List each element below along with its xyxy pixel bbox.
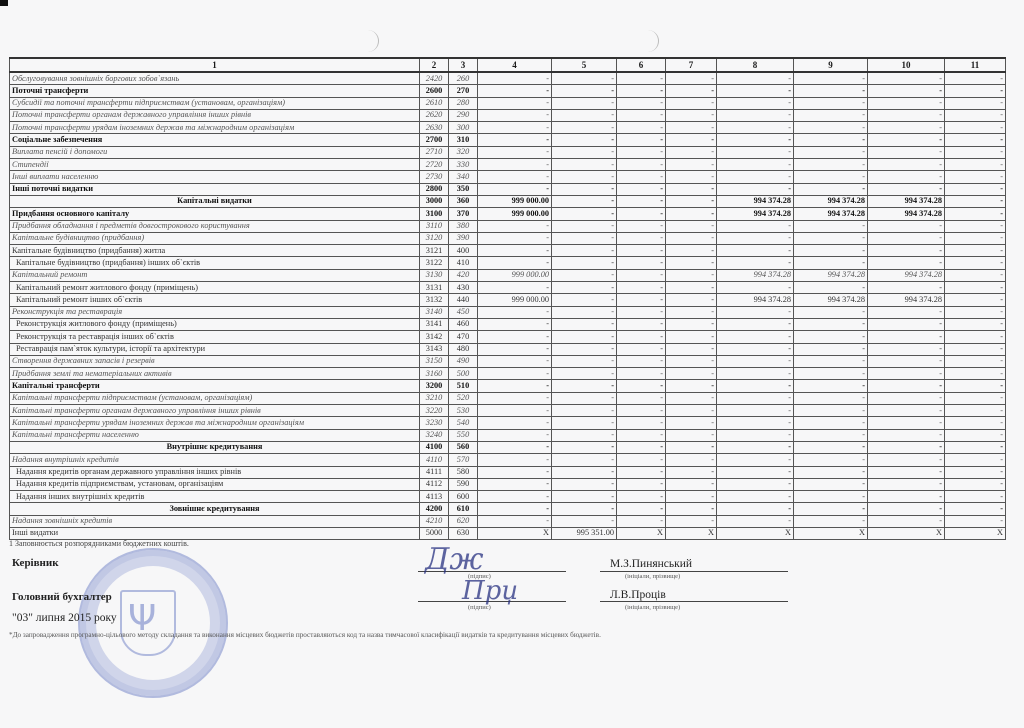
value-cell-col-8: - <box>717 392 794 404</box>
table-row: Субсидії та поточні трансферти підприємс… <box>10 97 1006 109</box>
value-cell-col-8: - <box>717 282 794 294</box>
line-code: 260 <box>449 72 478 85</box>
value-cell-col-6: - <box>617 355 666 367</box>
line-code: 490 <box>449 355 478 367</box>
value-cell-col-11: X <box>945 527 1006 539</box>
line-code: 470 <box>449 331 478 343</box>
value-cell-col-8: - <box>717 380 794 392</box>
value-cell-col-7: - <box>666 109 717 121</box>
table-row: Зовнішнє кредитування4200610-------- <box>10 503 1006 515</box>
value-cell-col-8: - <box>717 331 794 343</box>
value-cell-col-9: - <box>794 72 868 85</box>
kekv-code: 2730 <box>420 171 449 183</box>
line-code: 450 <box>449 306 478 318</box>
value-cell-col-11: - <box>945 257 1006 269</box>
value-cell-col-11: - <box>945 282 1006 294</box>
footnote: 1 Заповнюється розпорядниками бюджетних … <box>9 539 189 548</box>
value-cell-col-4: - <box>478 171 552 183</box>
row-label: Інші виплати населенню <box>10 171 420 183</box>
value-cell-col-10: - <box>868 171 945 183</box>
value-cell-col-5: - <box>552 294 617 306</box>
value-cell-col-9: 994 374.28 <box>794 294 868 306</box>
table-row: Стипендії2720330-------- <box>10 159 1006 171</box>
table-row: Внутрішнє кредитування4100560-------- <box>10 441 1006 453</box>
table-row: Поточні трансферти урядам іноземних держ… <box>10 122 1006 134</box>
value-cell-col-11: - <box>945 97 1006 109</box>
report-date: "03" липня 2015 року <box>12 612 117 624</box>
value-cell-col-10: 994 374.28 <box>868 195 945 207</box>
kekv-code: 4112 <box>420 478 449 490</box>
column-header-11: 11 <box>945 58 1006 72</box>
table-row: Капітальні трансферти підприємствам (уст… <box>10 392 1006 404</box>
value-cell-col-8: - <box>717 220 794 232</box>
value-cell-col-6: - <box>617 208 666 220</box>
value-cell-col-10: - <box>868 429 945 441</box>
value-cell-col-11: - <box>945 466 1006 478</box>
kekv-code: 2720 <box>420 159 449 171</box>
kekv-code: 3132 <box>420 294 449 306</box>
value-cell-col-5: - <box>552 183 617 195</box>
value-cell-col-11: - <box>945 454 1006 466</box>
line-code: 510 <box>449 380 478 392</box>
value-cell-col-8: - <box>717 257 794 269</box>
value-cell-col-7: - <box>666 85 717 97</box>
value-cell-col-5: - <box>552 171 617 183</box>
value-cell-col-6: - <box>617 503 666 515</box>
value-cell-col-4: - <box>478 491 552 503</box>
value-cell-col-8: 994 374.28 <box>717 269 794 281</box>
row-label: Придбання землі та нематеріальних активі… <box>10 368 420 380</box>
value-cell-col-5: - <box>552 220 617 232</box>
value-cell-col-6: - <box>617 392 666 404</box>
kekv-code: 3000 <box>420 195 449 207</box>
value-cell-col-4: - <box>478 343 552 355</box>
row-label: Придбання обладнання і предметів довгост… <box>10 220 420 232</box>
value-cell-col-7: - <box>666 171 717 183</box>
value-cell-col-7: - <box>666 380 717 392</box>
column-header-5: 5 <box>552 58 617 72</box>
value-cell-col-6: - <box>617 122 666 134</box>
value-cell-col-9: - <box>794 343 868 355</box>
value-cell-col-10: - <box>868 417 945 429</box>
value-cell-col-11: - <box>945 368 1006 380</box>
table-row: Реставрація пам`яток культури, історії т… <box>10 343 1006 355</box>
value-cell-col-7: - <box>666 208 717 220</box>
value-cell-col-4: - <box>478 159 552 171</box>
row-label: Капітальні трансферти <box>10 380 420 392</box>
value-cell-col-7: - <box>666 392 717 404</box>
value-cell-col-5: - <box>552 85 617 97</box>
value-cell-col-8: - <box>717 109 794 121</box>
kekv-code: 3230 <box>420 417 449 429</box>
value-cell-col-4: - <box>478 245 552 257</box>
value-cell-col-11: - <box>945 294 1006 306</box>
value-cell-col-7: - <box>666 72 717 85</box>
value-cell-col-6: - <box>617 269 666 281</box>
value-cell-col-8: - <box>717 245 794 257</box>
row-label: Інші видатки <box>10 527 420 539</box>
value-cell-col-9: - <box>794 454 868 466</box>
value-cell-col-7: - <box>666 134 717 146</box>
kekv-code: 4210 <box>420 515 449 527</box>
value-cell-col-5: - <box>552 331 617 343</box>
value-cell-col-6: - <box>617 134 666 146</box>
value-cell-col-5: - <box>552 245 617 257</box>
value-cell-col-6: - <box>617 232 666 244</box>
column-header-1: 1 <box>10 58 420 72</box>
value-cell-col-4: - <box>478 392 552 404</box>
value-cell-col-11: - <box>945 441 1006 453</box>
value-cell-col-4: X <box>478 527 552 539</box>
value-cell-col-7: - <box>666 478 717 490</box>
value-cell-col-9: - <box>794 405 868 417</box>
row-label: Соціальне забезпечення <box>10 134 420 146</box>
line-code: 570 <box>449 454 478 466</box>
value-cell-col-9: - <box>794 318 868 330</box>
line-code: 460 <box>449 318 478 330</box>
value-cell-col-11: - <box>945 134 1006 146</box>
value-cell-col-4: - <box>478 405 552 417</box>
value-cell-col-6: - <box>617 97 666 109</box>
row-label: Капітальні трансферти підприємствам (уст… <box>10 392 420 404</box>
value-cell-col-8: 994 374.28 <box>717 195 794 207</box>
row-label: Створення державних запасів і резервів <box>10 355 420 367</box>
kekv-code: 3210 <box>420 392 449 404</box>
value-cell-col-6: - <box>617 515 666 527</box>
line-code: 340 <box>449 171 478 183</box>
value-cell-col-11: - <box>945 72 1006 85</box>
value-cell-col-4: - <box>478 318 552 330</box>
table-row: Інші поточні видатки2800350-------- <box>10 183 1006 195</box>
value-cell-col-10: - <box>868 343 945 355</box>
value-cell-col-6: - <box>617 72 666 85</box>
value-cell-col-11: - <box>945 171 1006 183</box>
row-label: Капітальний ремонт <box>10 269 420 281</box>
value-cell-col-4: 999 000.00 <box>478 269 552 281</box>
value-cell-col-6: - <box>617 405 666 417</box>
kekv-code: 2610 <box>420 97 449 109</box>
column-header-4: 4 <box>478 58 552 72</box>
value-cell-col-8: - <box>717 454 794 466</box>
row-label: Реконструкція та реставрація інших об`єк… <box>10 331 420 343</box>
line-code: 480 <box>449 343 478 355</box>
accountant-name: Л.В.Проців <box>610 589 666 601</box>
table-row: Придбання обладнання і предметів довгост… <box>10 220 1006 232</box>
value-cell-col-6: - <box>617 380 666 392</box>
value-cell-col-5: - <box>552 122 617 134</box>
line-code: 420 <box>449 269 478 281</box>
value-cell-col-6: - <box>617 306 666 318</box>
value-cell-col-6: - <box>617 491 666 503</box>
table-row: Капітальні трансферти органам державного… <box>10 405 1006 417</box>
value-cell-col-9: - <box>794 146 868 158</box>
value-cell-col-7: - <box>666 515 717 527</box>
head-label: Керівник <box>12 557 59 569</box>
value-cell-col-6: - <box>617 478 666 490</box>
value-cell-col-9: - <box>794 417 868 429</box>
value-cell-col-6: - <box>617 417 666 429</box>
table-row: Капітальний ремонт інших об`єктів3132440… <box>10 294 1006 306</box>
value-cell-col-7: - <box>666 454 717 466</box>
line-code: 540 <box>449 417 478 429</box>
value-cell-col-4: - <box>478 515 552 527</box>
kekv-code: 3220 <box>420 405 449 417</box>
value-cell-col-9: - <box>794 515 868 527</box>
value-cell-col-7: - <box>666 195 717 207</box>
value-cell-col-7: - <box>666 232 717 244</box>
row-label: Поточні трансферти урядам іноземних держ… <box>10 122 420 134</box>
value-cell-col-8: - <box>717 478 794 490</box>
row-label: Капітальний ремонт інших об`єктів <box>10 294 420 306</box>
value-cell-col-5: - <box>552 306 617 318</box>
line-code: 270 <box>449 85 478 97</box>
table-row: Виплата пенсій і допомоги2710320-------- <box>10 146 1006 158</box>
value-cell-col-5: - <box>552 368 617 380</box>
value-cell-col-9: 994 374.28 <box>794 195 868 207</box>
value-cell-col-9: - <box>794 466 868 478</box>
value-cell-col-4: - <box>478 441 552 453</box>
value-cell-col-7: - <box>666 183 717 195</box>
value-cell-col-10: - <box>868 503 945 515</box>
value-cell-col-9: 994 374.28 <box>794 269 868 281</box>
value-cell-col-9: - <box>794 171 868 183</box>
value-cell-col-10: 994 374.28 <box>868 208 945 220</box>
row-label: Капітальні трансферти населенню <box>10 429 420 441</box>
value-cell-col-7: - <box>666 405 717 417</box>
row-label: Поточні трансферти <box>10 85 420 97</box>
kekv-code: 3130 <box>420 269 449 281</box>
column-header-9: 9 <box>794 58 868 72</box>
value-cell-col-8: - <box>717 503 794 515</box>
kekv-code: 2710 <box>420 146 449 158</box>
head-name-line <box>600 571 788 572</box>
value-cell-col-11: - <box>945 478 1006 490</box>
line-code: 580 <box>449 466 478 478</box>
value-cell-col-8: X <box>717 527 794 539</box>
row-label: Інші поточні видатки <box>10 183 420 195</box>
kekv-code: 3131 <box>420 282 449 294</box>
value-cell-col-10: - <box>868 122 945 134</box>
value-cell-col-11: - <box>945 355 1006 367</box>
value-cell-col-4: - <box>478 122 552 134</box>
value-cell-col-6: - <box>617 343 666 355</box>
table-row: Надання кредитів органам державного упра… <box>10 466 1006 478</box>
value-cell-col-9: - <box>794 441 868 453</box>
value-cell-col-7: - <box>666 417 717 429</box>
accountant-label: Головний бухгалтер <box>12 591 112 603</box>
kekv-code: 3142 <box>420 331 449 343</box>
kekv-code: 4110 <box>420 454 449 466</box>
value-cell-col-9: - <box>794 282 868 294</box>
value-cell-col-9: - <box>794 122 868 134</box>
kekv-code: 2620 <box>420 109 449 121</box>
line-code: 310 <box>449 134 478 146</box>
line-code: 530 <box>449 405 478 417</box>
value-cell-col-11: - <box>945 269 1006 281</box>
value-cell-col-4: - <box>478 282 552 294</box>
value-cell-col-7: - <box>666 368 717 380</box>
value-cell-col-10: - <box>868 85 945 97</box>
value-cell-col-4: - <box>478 454 552 466</box>
value-cell-col-6: - <box>617 294 666 306</box>
punch-hole-mark <box>368 30 379 52</box>
value-cell-col-7: - <box>666 318 717 330</box>
value-cell-col-9: - <box>794 306 868 318</box>
value-cell-col-9: - <box>794 109 868 121</box>
value-cell-col-4: - <box>478 331 552 343</box>
line-code: 440 <box>449 294 478 306</box>
table-row: Інші виплати населенню2730340-------- <box>10 171 1006 183</box>
value-cell-col-9: - <box>794 159 868 171</box>
accountant-name-hint: (ініціали, прізвище) <box>625 604 680 611</box>
value-cell-col-10: - <box>868 72 945 85</box>
table-row: Створення державних запасів і резервів31… <box>10 355 1006 367</box>
value-cell-col-6: - <box>617 220 666 232</box>
value-cell-col-7: - <box>666 503 717 515</box>
value-cell-col-6: - <box>617 331 666 343</box>
table-row: Реконструкція житлового фонду (приміщень… <box>10 318 1006 330</box>
value-cell-col-4: - <box>478 72 552 85</box>
value-cell-col-10: - <box>868 159 945 171</box>
table-row: Поточні трансферти2600270-------- <box>10 85 1006 97</box>
column-header-7: 7 <box>666 58 717 72</box>
value-cell-col-10: - <box>868 318 945 330</box>
value-cell-col-5: - <box>552 109 617 121</box>
kekv-code: 3122 <box>420 257 449 269</box>
value-cell-col-7: - <box>666 97 717 109</box>
value-cell-col-10: - <box>868 282 945 294</box>
value-cell-col-5: - <box>552 355 617 367</box>
table-row: Капітальне будівництво (придбання)312039… <box>10 232 1006 244</box>
value-cell-col-6: - <box>617 282 666 294</box>
value-cell-col-8: - <box>717 146 794 158</box>
table-row: Надання внутрішніх кредитів4110570------… <box>10 454 1006 466</box>
value-cell-col-11: - <box>945 331 1006 343</box>
value-cell-col-8: - <box>717 183 794 195</box>
value-cell-col-9: X <box>794 527 868 539</box>
table-row: Надання зовнішніх кредитів4210620-------… <box>10 515 1006 527</box>
row-label: Надання інших внутрішніх кредитів <box>10 491 420 503</box>
value-cell-col-4: - <box>478 257 552 269</box>
value-cell-col-9: - <box>794 355 868 367</box>
value-cell-col-4: - <box>478 355 552 367</box>
row-label: Капітальні видатки <box>10 195 420 207</box>
kekv-code: 4200 <box>420 503 449 515</box>
value-cell-col-4: - <box>478 146 552 158</box>
value-cell-col-10: - <box>868 257 945 269</box>
value-cell-col-4: - <box>478 109 552 121</box>
line-code: 370 <box>449 208 478 220</box>
value-cell-col-5: - <box>552 97 617 109</box>
value-cell-col-5: - <box>552 515 617 527</box>
value-cell-col-6: - <box>617 454 666 466</box>
table-row: Капітальне будівництво (придбання) житла… <box>10 245 1006 257</box>
value-cell-col-9: - <box>794 392 868 404</box>
kekv-code: 2700 <box>420 134 449 146</box>
value-cell-col-10: - <box>868 491 945 503</box>
value-cell-col-5: - <box>552 491 617 503</box>
row-label: Реконструкція та реставрація <box>10 306 420 318</box>
line-code: 400 <box>449 245 478 257</box>
value-cell-col-10: - <box>868 515 945 527</box>
row-label: Капітальне будівництво (придбання) <box>10 232 420 244</box>
value-cell-col-10: - <box>868 245 945 257</box>
line-code: 410 <box>449 257 478 269</box>
line-code: 380 <box>449 220 478 232</box>
line-code: 330 <box>449 159 478 171</box>
value-cell-col-7: - <box>666 441 717 453</box>
value-cell-col-6: - <box>617 85 666 97</box>
row-label: Стипендії <box>10 159 420 171</box>
value-cell-col-10: - <box>868 109 945 121</box>
table-row: Обслуговування зовнішніх боргових зобов`… <box>10 72 1006 85</box>
value-cell-col-7: - <box>666 294 717 306</box>
value-cell-col-5: - <box>552 478 617 490</box>
value-cell-col-11: - <box>945 318 1006 330</box>
value-cell-col-11: - <box>945 208 1006 220</box>
value-cell-col-4: - <box>478 306 552 318</box>
row-label: Надання кредитів підприємствам, установа… <box>10 478 420 490</box>
value-cell-col-9: - <box>794 220 868 232</box>
table-row: Капітальні трансферти урядам іноземних д… <box>10 417 1006 429</box>
value-cell-col-11: - <box>945 491 1006 503</box>
value-cell-col-9: - <box>794 97 868 109</box>
table-row: Капітальні трансферти3200510-------- <box>10 380 1006 392</box>
value-cell-col-5: - <box>552 441 617 453</box>
value-cell-col-8: - <box>717 171 794 183</box>
value-cell-col-7: - <box>666 282 717 294</box>
value-cell-col-11: - <box>945 306 1006 318</box>
value-cell-col-5: - <box>552 380 617 392</box>
value-cell-col-11: - <box>945 429 1006 441</box>
value-cell-col-7: - <box>666 491 717 503</box>
value-cell-col-10: - <box>868 466 945 478</box>
value-cell-col-7: - <box>666 343 717 355</box>
value-cell-col-11: - <box>945 232 1006 244</box>
line-code: 550 <box>449 429 478 441</box>
value-cell-col-9: - <box>794 85 868 97</box>
value-cell-col-4: 999 000.00 <box>478 208 552 220</box>
value-cell-col-4: 999 000.00 <box>478 294 552 306</box>
value-cell-col-6: X <box>617 527 666 539</box>
value-cell-col-7: - <box>666 159 717 171</box>
line-code: 560 <box>449 441 478 453</box>
line-code: 320 <box>449 146 478 158</box>
line-code: 390 <box>449 232 478 244</box>
value-cell-col-4: - <box>478 466 552 478</box>
table-row: Реконструкція та реставрація інших об`єк… <box>10 331 1006 343</box>
value-cell-col-10: - <box>868 355 945 367</box>
value-cell-col-8: - <box>717 306 794 318</box>
kekv-code: 3141 <box>420 318 449 330</box>
table-row: Поточні трансферти органам державного уп… <box>10 109 1006 121</box>
table-row: Соціальне забезпечення2700310-------- <box>10 134 1006 146</box>
value-cell-col-4: - <box>478 417 552 429</box>
value-cell-col-11: - <box>945 380 1006 392</box>
value-cell-col-5: - <box>552 146 617 158</box>
accountant-name-line <box>600 601 788 602</box>
row-label: Капітальне будівництво (придбання) житла <box>10 245 420 257</box>
value-cell-col-10: - <box>868 220 945 232</box>
value-cell-col-7: - <box>666 146 717 158</box>
column-header-2: 2 <box>420 58 449 72</box>
table-row: Капітальні видатки3000360999 000.00---99… <box>10 195 1006 207</box>
line-code: 280 <box>449 97 478 109</box>
row-label: Субсидії та поточні трансферти підприємс… <box>10 97 420 109</box>
value-cell-col-4: - <box>478 183 552 195</box>
value-cell-col-9: - <box>794 331 868 343</box>
line-code: 430 <box>449 282 478 294</box>
